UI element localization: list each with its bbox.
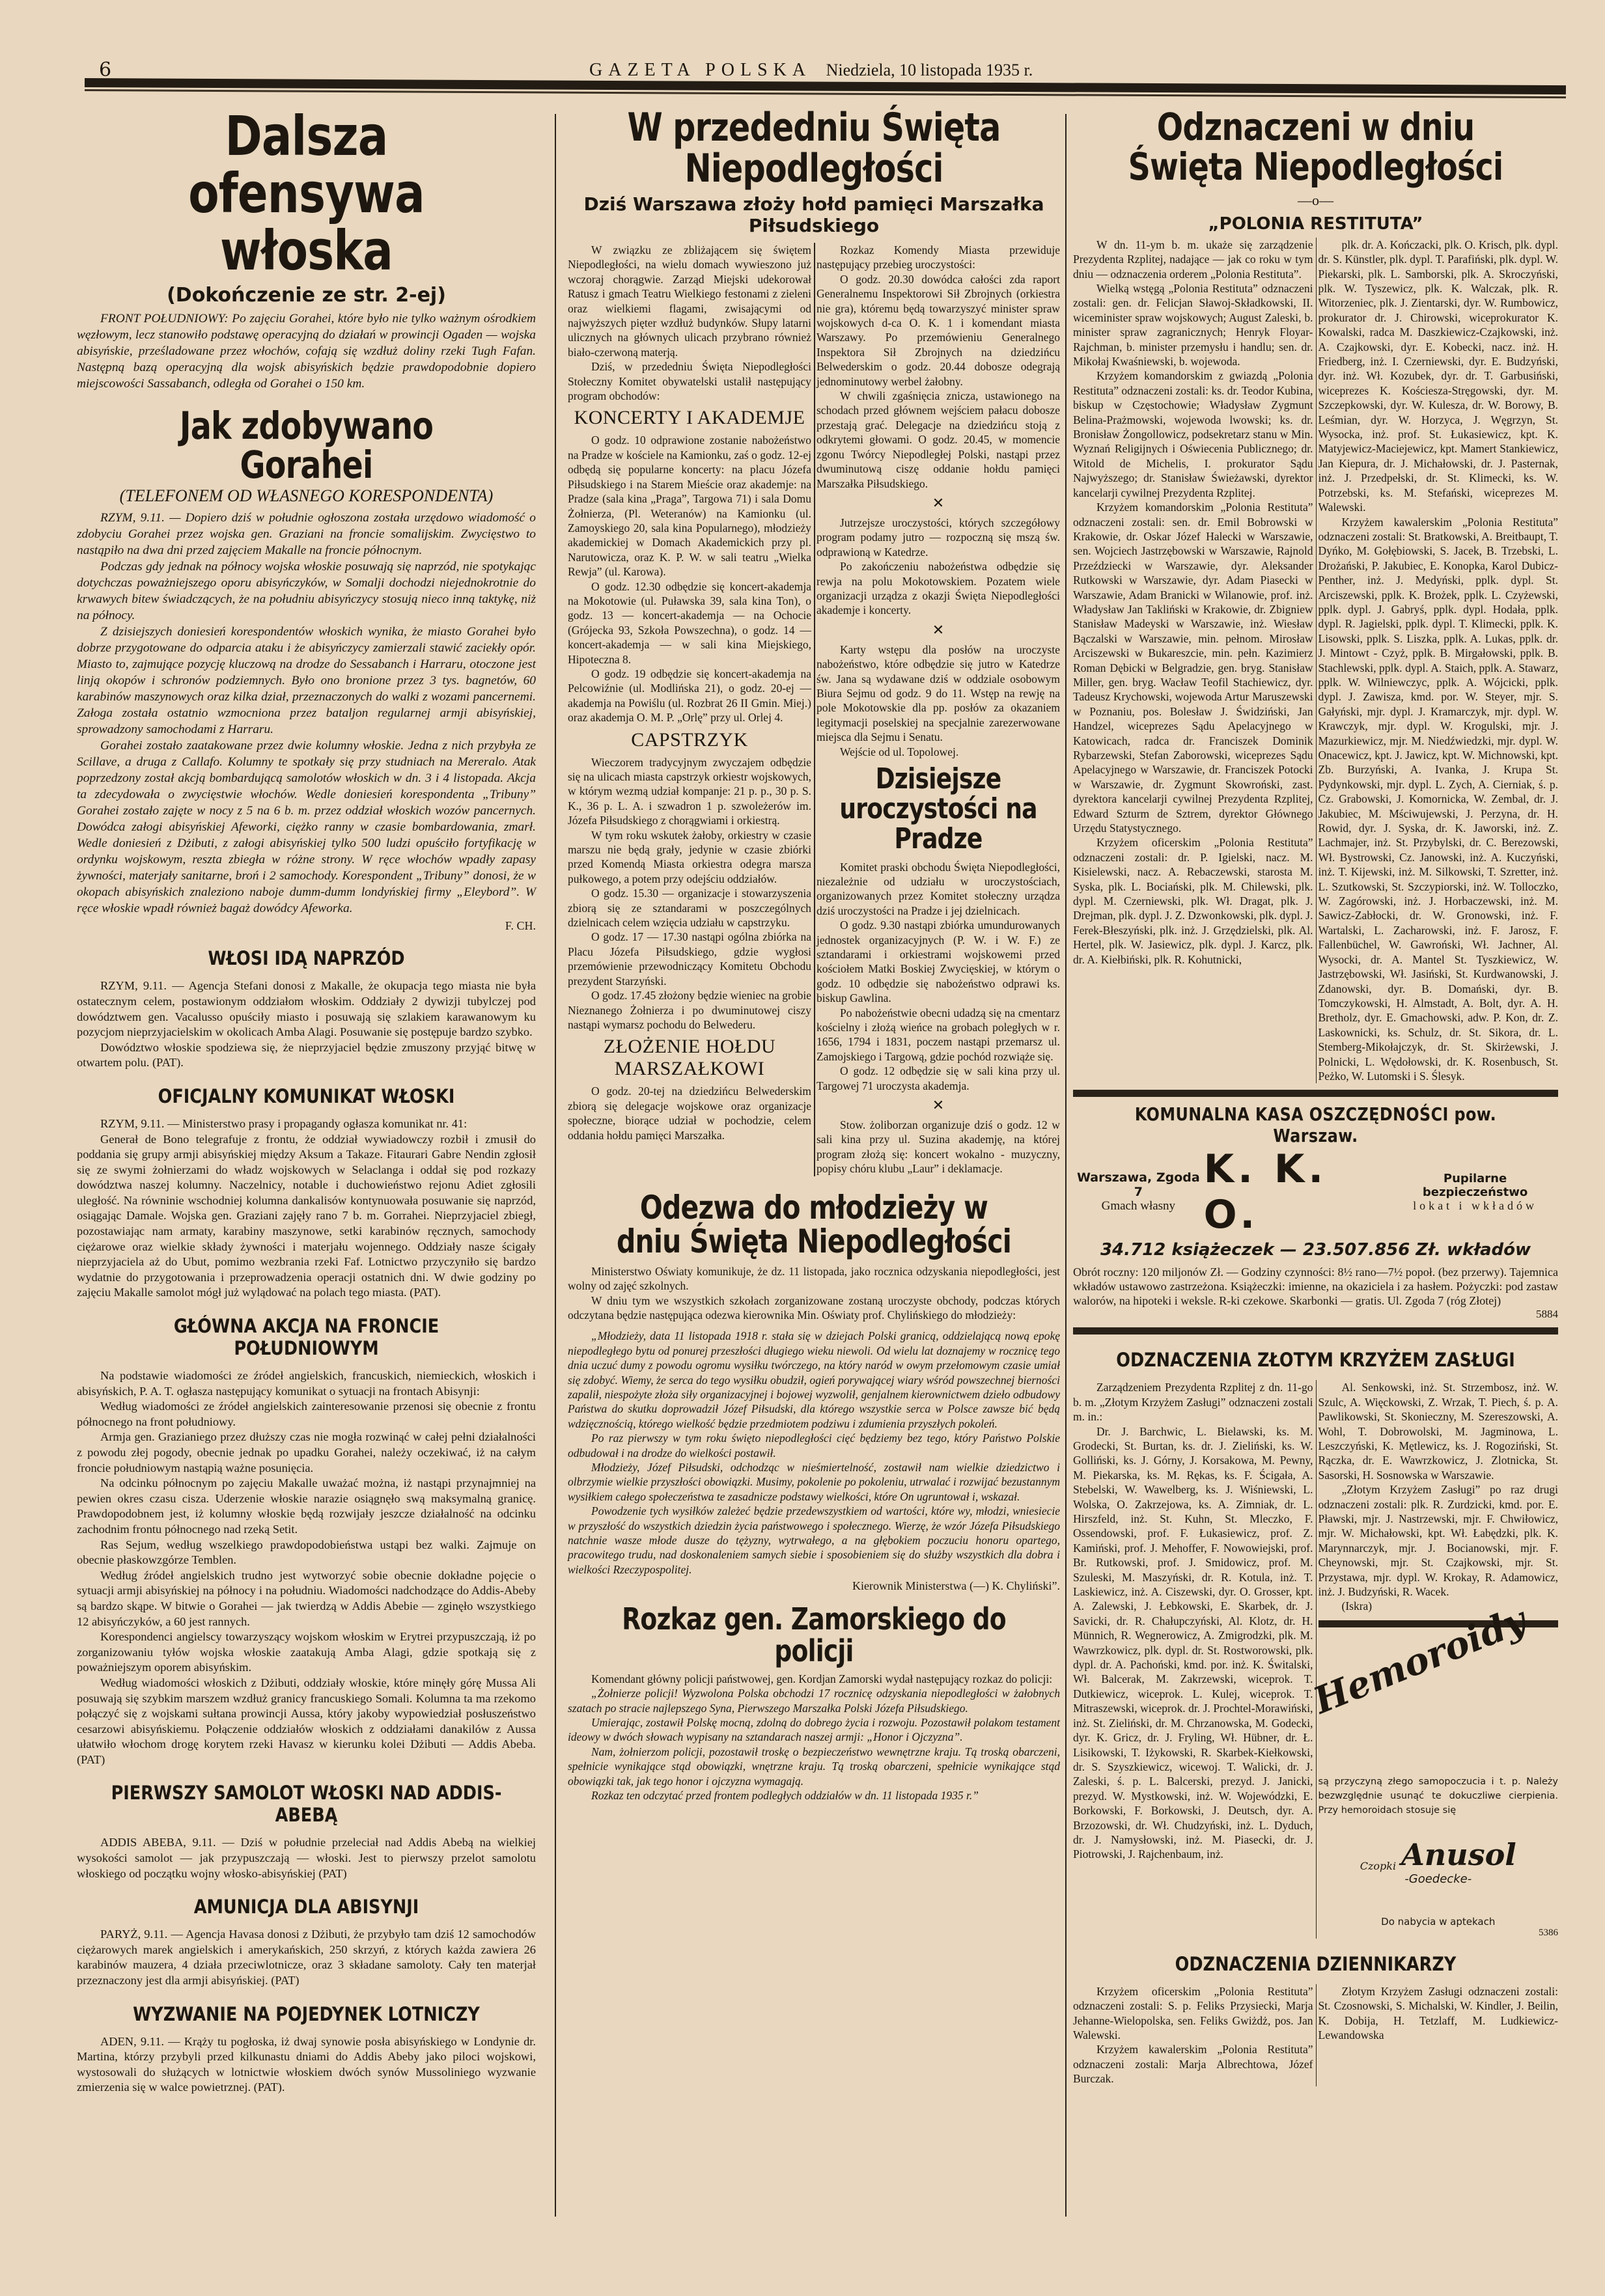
paragraph: Krzyżem oficerskim „Polonia Restituta” o… (1073, 1984, 1313, 2043)
paragraph: Krzyżem kawalerskim „Polonia Restituta” … (1073, 2042, 1313, 2086)
paragraph: Nam, żołnierzom policji, pozostawił tros… (568, 1745, 1060, 1788)
article-air-duel: ADEN, 9.11. — Krąży tu pogłoska, iż dwaj… (77, 2034, 536, 2095)
paragraph: O godz. 17 — 17.30 nastąpi ogólna zbiórk… (568, 930, 811, 988)
tribute-text: O godz. 20-tej na dziedzińcu Belwederski… (568, 1084, 811, 1142)
paragraph: Na podstawie wiadomości ze źródeł angiel… (77, 1368, 536, 1399)
kko-slogan: Pupilarne bezpieczeństwo (1423, 1172, 1528, 1199)
paragraph: ADEN, 9.11. — Krąży tu pogłoska, iż dwaj… (77, 2034, 536, 2095)
paragraph: O godz. 20.30 dowódca całości zda raport… (816, 272, 1060, 389)
paragraph: plk. dr. A. Kończacki, plk. O. Krisch, p… (1319, 238, 1559, 515)
tattoo-text: Wieczorem tradycyjnym zwyczajem odbędzie… (568, 755, 811, 1032)
issue-date: Niedziela, 10 listopada 1935 r. (826, 61, 1033, 79)
paragraph: Po raz pierwszy w tym roku święto niepod… (568, 1431, 1060, 1460)
article-southern-front: Na podstawie wiadomości ze źródeł angiel… (77, 1368, 536, 1767)
paragraph: O godz. 10 odprawione zostanie nabożeńst… (568, 433, 811, 579)
paragraph: O godz. 20-tej na dziedzińcu Belwederski… (568, 1084, 811, 1142)
tomorrow-text: Jutrzejsze uroczystości, których szczegó… (816, 516, 1060, 618)
newspaper-title: GAZETA POLSKA (589, 60, 811, 80)
kko-address-sub: Gmach własny (1073, 1199, 1204, 1213)
product-name: Anusol (1401, 1837, 1516, 1872)
paragraph: Al. Senkowski, inż. St. Strzembosz, inż.… (1319, 1380, 1559, 1482)
headline-italian-offensive: Dalsza ofensywa włoska (118, 107, 494, 280)
paragraph: Ministerstwo Oświaty komunikuje, że dz. … (568, 1264, 1060, 1293)
article-italians-advance: RZYM, 9.11. — Agencja Stefani donosi z M… (77, 978, 536, 1071)
section-title: CAPSTRZYK (568, 729, 811, 751)
paragraph: Na odcinku północnym po zajęciu Makalle … (77, 1476, 536, 1537)
paragraph: Młodzieży, Józef Piłsudski, odchodząc w … (568, 1460, 1060, 1504)
paragraph: Krzyżem komandorskim „Polonia Restituta”… (1073, 500, 1313, 835)
headline-decorated: Odznaczeni w dniu Święta Niepodległości (1117, 107, 1514, 187)
paragraph: RZYM, 9.11. — Agencja Stefani donosi z M… (77, 978, 536, 1040)
manufacturer: -Goedecke- (1319, 1872, 1559, 1886)
paragraph: Podczas gdy jednak na północy wojska wło… (77, 559, 536, 624)
byline: (TELEFONEM OD WŁASNEGO KORESPONDENTA) (77, 486, 536, 506)
appeal-quote: „Młodzieży, data 11 listopada 1918 r. st… (568, 1329, 1060, 1577)
paragraph: „Złotym Krzyżem Zasługi” po raz drugi od… (1319, 1482, 1559, 1599)
column-divider (1065, 114, 1067, 2217)
concerts-text: O godz. 10 odprawione zostanie nabożeńst… (568, 433, 811, 725)
paragraph: Armja gen. Grazianiego przez dłuższy cza… (77, 1430, 536, 1476)
column-divider (555, 114, 556, 2217)
article-title: GŁÓWNA AKCJA NA FRONCIE POŁUDNIOWYM (104, 1315, 508, 1359)
journalists-list: Krzyżem oficerskim „Polonia Restituta” o… (1073, 1984, 1558, 2086)
paragraph: W związku ze zbliżającem się świętem Nie… (568, 243, 811, 359)
continuation-note: (Dokończenie ze str. 2-ej) (77, 284, 536, 307)
program-intro: W związku ze zbliżającem się świętem Nie… (568, 243, 811, 403)
paragraph: Komitet praski obchodu Święta Niepodległ… (816, 860, 1060, 919)
paragraph: Stow. żoliborzan organizuje dziś o godz.… (816, 1118, 1060, 1176)
paragraph: PARYŻ, 9.11. — Agencja Havasa donosi z D… (77, 1927, 536, 1988)
section-separator: ✕ (816, 1097, 1060, 1114)
signature: F. CH. (77, 919, 536, 933)
article-title: Jak zdobywano Gorahei (118, 406, 494, 486)
kko-address: Warszawa, Zgoda 7 (1077, 1170, 1200, 1199)
paragraph: Ras Sejum, według wszelkiego prawdopodob… (77, 1538, 536, 1568)
paragraph: Powodzenie tych wysiłków zależeć będzie … (568, 1504, 1060, 1577)
headline-eve-of-independence: W przededniu Święta Niepodległości (612, 107, 1016, 189)
article-ammunition: PARYŻ, 9.11. — Agencja Havasa donosi z D… (77, 1927, 536, 1988)
column-war-news: Dalsza ofensywa włoska (Dokończenie ze s… (77, 107, 536, 2095)
paragraph: W dn. 11-ym b. m. ukaże się zarządzenie … (1073, 238, 1313, 281)
ceremony-order: Rozkaz Komendy Miasta przewiduje następu… (816, 243, 1060, 491)
kko-slogan-sub: lokat i wkładów (1392, 1199, 1558, 1213)
section-separator: ✕ (816, 622, 1060, 639)
paragraph: Wielką wstęgą „Polonia Restituta” odznac… (1073, 281, 1313, 368)
lead-paragraph: FRONT POŁUDNIOWY: Po zajęciu Gorahei, kt… (77, 311, 536, 392)
paragraph: Po nabożeństwie obecni udadzą się na cme… (816, 1006, 1060, 1064)
headline-youth-appeal: Odezwa do młodzieży w dniu Święta Niepod… (612, 1191, 1016, 1259)
article-first-plane: ADDIS ABEBA, 9.11. — Dziś w południe prz… (77, 1835, 536, 1881)
paragraph: O godz. 17.45 złożony będzie wieniec na … (568, 988, 811, 1032)
article-official-communique: RZYM, 9.11. — Ministerstwo prasy i propa… (77, 1116, 536, 1301)
paragraph: Krzyżem oficerskim „Polonia Restituta” o… (1073, 835, 1313, 967)
paragraph: Generał de Bono telegrafuje z frontu, że… (77, 1132, 536, 1301)
paragraph: (Iskra) (1319, 1599, 1559, 1613)
paragraph: „Młodzieży, data 11 listopada 1918 r. st… (568, 1329, 1060, 1431)
paragraph: Z dzisiejszych doniesień korespondentów … (77, 624, 536, 738)
section-title: „POLONIA RESTITUTA” (1073, 214, 1558, 234)
ad-border (1073, 1090, 1558, 1097)
paragraph: O godz. 9.30 nastąpi zbiórka umundurowan… (816, 918, 1060, 1005)
article-title: WŁOSI IDĄ NAPRZÓD (104, 947, 508, 969)
paragraph: RZYM, 9.11. — Dopiero dziś w południe og… (77, 510, 536, 559)
section-separator: ✕ (816, 495, 1060, 512)
paragraph: W dniu tym we wszystkich szkołach zorgan… (568, 1293, 1060, 1323)
paragraph: Według wiadomości włoskich z Dżibuti, od… (77, 1676, 536, 1768)
paragraph: Rozkaz Komendy Miasta przewiduje następu… (816, 243, 1060, 272)
paragraph: Według źródeł angielskich trudno jest wy… (77, 1568, 536, 1629)
separator: —o— (1073, 192, 1558, 209)
paragraph: Dowództwo włoskie spodziewa się, że niep… (77, 1040, 536, 1071)
section-title: ODZNACZENIA ZŁOTYM KRZYŻEM ZASŁUGI (1102, 1349, 1529, 1371)
article-gorahei: RZYM, 9.11. — Dopiero dziś w południe og… (77, 510, 536, 917)
section-title: ZŁOŻENIE HOŁDU MARSZAŁKOWI (568, 1036, 811, 1080)
ad-border (1073, 1327, 1558, 1335)
gold-cross-list: Zarządzeniem Prezydenta Rzplitej z dn. 1… (1073, 1380, 1558, 1939)
appeal-intro: Ministerstwo Oświaty komunikuje, że dz. … (568, 1264, 1060, 1323)
hemoroidy-advertisement: Hemoroidy są przyczyną złego samopoczuci… (1319, 1634, 1559, 1939)
zoliborz-text: Stow. żoliborzan organizuje dziś o godz.… (816, 1118, 1060, 1176)
paragraph: Krzyżem komandorskim z gwiazdą „Polonia … (1073, 368, 1313, 500)
column-independence-day: W przededniu Święta Niepodległości Dziś … (568, 107, 1060, 1803)
paragraph: Krzyżem kawalerskim „Polonia Restituta” … (1319, 515, 1559, 1084)
ad-number: 5386 (1319, 1928, 1559, 1939)
paragraph: Rozkaz ten odczytać przed frontem podleg… (568, 1788, 1060, 1803)
two-column-body: W związku ze zbliżającem się świętem Nie… (568, 243, 1060, 1176)
headline-police-order: Rozkaz gen. Zamorskiego do policji (612, 1603, 1016, 1667)
paragraph: Po zakończeniu nabożeństwa odbędzie się … (816, 559, 1060, 618)
kko-logo: K. K. O. (1204, 1146, 1392, 1238)
paragraph: Korespondenci angielscy towarzyszący woj… (77, 1629, 536, 1676)
section-title: ODZNACZENIA DZIENNIKARZY (1102, 1953, 1529, 1975)
police-order-intro: Komendant główny policji państwowej, gen… (568, 1672, 1060, 1686)
article-title: PIERWSZY SAMOLOT WŁOSKI NAD ADDIS-ABEBĄ (104, 1782, 508, 1826)
paragraph: Według wiadomości ze źródeł angielskich … (77, 1399, 536, 1430)
ad-number: 5884 (1073, 1308, 1558, 1321)
signature: Kierownik Ministerstwa (—) K. Chyliński”… (568, 1579, 1060, 1593)
column-decorations: Odznaczeni w dniu Święta Niepodległości … (1073, 107, 1558, 2086)
praga-text: Komitet praski obchodu Święta Niepodległ… (816, 860, 1060, 1094)
kko-heading: KOMUNALNA KASA OSZCZĘDNOŚCI pow. Warszaw… (1110, 1103, 1522, 1146)
paragraph: W tym roku wskutek żałoby, orkiestry w c… (568, 828, 811, 887)
paragraph: O godz. 19 odbędzie się koncert-akademja… (568, 667, 811, 725)
masthead: GAZETA POLSKA Niedziela, 10 listopada 19… (589, 60, 1033, 81)
paragraph: Wejście od ul. Topolowej. (816, 745, 1060, 759)
paragraph: Wieczorem tradycyjnym zwyczajem odbędzie… (568, 755, 811, 828)
paragraph: RZYM, 9.11. — Ministerstwo prasy i propa… (77, 1116, 536, 1132)
paragraph: O godz. 12 odbędzie się w sali kina przy… (816, 1064, 1060, 1093)
kko-advertisement: KOMUNALNA KASA OSZCZĘDNOŚCI pow. Warszaw… (1073, 1103, 1558, 1321)
paragraph: ADDIS ABEBA, 9.11. — Dziś w południe prz… (77, 1835, 536, 1881)
availability: Do nabycia w aptekach (1319, 1916, 1559, 1928)
paragraph: Jutrzejsze uroczystości, których szczegó… (816, 516, 1060, 559)
product-prefix: Czopki (1360, 1860, 1396, 1872)
article-title: Dzisiejsze uroczystości na Pradze (839, 764, 1039, 855)
paragraph: O godz. 12.30 odbędzie się koncert-akade… (568, 579, 811, 667)
article-title: OFICJALNY KOMUNIKAT WŁOSKI (104, 1085, 508, 1107)
polonia-restituta-list: W dn. 11-ym b. m. ukaże się zarządzenie … (1073, 238, 1558, 1084)
paragraph: „Żołnierze policji! Wyzwolona Polska obc… (568, 1686, 1060, 1715)
article-title: AMUNICJA DLA ABISYNJI (104, 1896, 508, 1918)
article-title: WYZWANIE NA POJEDYNEK LOTNICZY (104, 2003, 508, 2025)
paragraph: Gorahei zostało zaatakowane przez dwie k… (77, 738, 536, 917)
paragraph: Komendant główny policji państwowej, gen… (568, 1672, 1060, 1686)
police-order-quote: „Żołnierze policji! Wyzwolona Polska obc… (568, 1686, 1060, 1803)
paragraph: Złotym Krzyżem Zasługi odznaczeni zostal… (1319, 1984, 1559, 2043)
paragraph: W chwili zgaśnięcia znicza, ustawionego … (816, 389, 1060, 491)
ad-title: Hemoroidy (1307, 1598, 1532, 1722)
paragraph: Dziś, w przededniu Święta Niepodległości… (568, 359, 811, 403)
kko-body: Obrót roczny: 120 miljonów Zł. — Godziny… (1073, 1265, 1558, 1308)
ad-body: są przyczyną złego samopoczucia i t. p. … (1319, 1775, 1559, 1818)
section-title: KONCERTY I AKADEMJE (568, 407, 811, 429)
kko-stats: 34.712 książeczek — 23.507.856 Zł. wkład… (1073, 1240, 1558, 1260)
paragraph: Umierając, zostawił Polskę mocną, zdolną… (568, 1715, 1060, 1745)
subheadline: Dziś Warszawa złoży hołd pamięci Marszał… (568, 193, 1060, 236)
paragraph: Zarządzeniem Prezydenta Rzplitej z dn. 1… (1073, 1380, 1313, 1424)
paragraph: Karty wstępu dla posłów na uroczyste nab… (816, 643, 1060, 745)
tickets-text: Karty wstępu dla posłów na uroczyste nab… (816, 643, 1060, 759)
paragraph: O godz. 15.30 — organizacje i stowarzysz… (568, 886, 811, 930)
paragraph: Dr. J. Barchwic, L. Bielawski, ks. M. Gr… (1073, 1424, 1313, 1862)
